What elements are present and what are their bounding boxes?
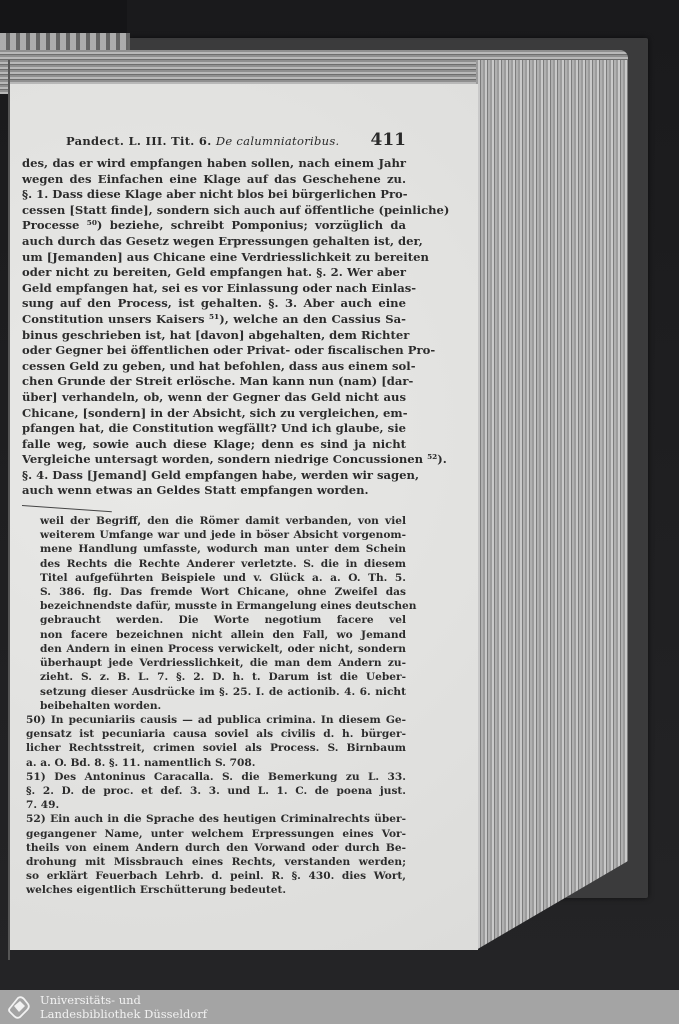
text-line: Constitution unsers Kaisers ⁵¹), welche … bbox=[22, 312, 406, 328]
text-line: des Rechts die Rechte Anderer verletzte.… bbox=[40, 557, 406, 571]
text-line: zieht. S. z. B. L. 7. §. 2. D. h. t. Dar… bbox=[40, 670, 406, 684]
text-line: bezeichnendste dafür, musste in Ermangel… bbox=[40, 599, 406, 613]
text-line: so erklärt Feuerbach Lehrb. d. peinl. R.… bbox=[26, 869, 406, 883]
text-line: §. 1. Dass diese Klage aber nicht blos b… bbox=[22, 187, 406, 203]
text-line: auch durch das Gesetz wegen Erpressungen… bbox=[22, 234, 406, 250]
footnotes: weil der Begriff, den die Römer damit ve… bbox=[22, 514, 406, 897]
text-line: binus geschrieben ist, hat [davon] abgeh… bbox=[22, 328, 406, 344]
text-line: 51) Des Antoninus Caracalla. S. die Beme… bbox=[26, 770, 406, 784]
text-line: setzung dieser Ausdrücke im §. 25. I. de… bbox=[40, 685, 406, 699]
text-line: Titel aufgeführten Beispiele und v. Glüc… bbox=[40, 571, 406, 585]
text-line: um [Jemanden] aus Chicane eine Verdriess… bbox=[22, 250, 406, 266]
running-head-section: Pandect. L. III. Tit. 6. bbox=[66, 134, 212, 148]
text-line: sung auf den Process, ist gehalten. §. 3… bbox=[22, 296, 406, 312]
text-line: wegen des Einfachen eine Klage auf das G… bbox=[22, 172, 406, 188]
text-line: überhaupt jede Verdriesslichkeit, die ma… bbox=[40, 656, 406, 670]
text-line: über] verhandeln, ob, wenn der Gegner da… bbox=[22, 390, 406, 406]
footnote-49-continuation: weil der Begriff, den die Römer damit ve… bbox=[26, 514, 406, 713]
book-fore-edge-pages bbox=[476, 60, 628, 950]
footnote-50: 50) In pecuniariis causis — ad publica c… bbox=[26, 713, 406, 770]
text-line: §. 4. Dass [Jemand] Geld empfangen habe,… bbox=[22, 468, 406, 484]
text-line: des, das er wird empfangen haben sollen,… bbox=[22, 156, 406, 172]
text-line: gebraucht werden. Die Worte negotium fac… bbox=[40, 613, 406, 627]
text-line: den Andern in einen Process verwickelt, … bbox=[40, 642, 406, 656]
text-line: mene Handlung umfasste, wodurch man unte… bbox=[40, 542, 406, 556]
text-line: weiterem Umfange war und jede in böser A… bbox=[40, 528, 406, 542]
text-line: 7. 49. bbox=[26, 798, 406, 812]
footnote-51: 51) Des Antoninus Caracalla. S. die Beme… bbox=[26, 770, 406, 813]
text-line: falle weg, sowie auch diese Klage; denn … bbox=[22, 437, 406, 453]
text-line: a. a. O. Bd. 8. §. 11. namentlich S. 708… bbox=[26, 756, 406, 770]
text-line: theils von einem Andern durch den Vorwan… bbox=[26, 841, 406, 855]
text-line: S. 386. flg. Das fremde Wort Chicane, oh… bbox=[40, 585, 406, 599]
text-line: weil der Begriff, den die Römer damit ve… bbox=[40, 514, 406, 528]
text-line: 50) In pecuniariis causis — ad publica c… bbox=[26, 713, 406, 727]
text-line: Vergleiche untersagt worden, sondern nie… bbox=[22, 452, 406, 468]
library-name-line1: Universitäts- und bbox=[40, 993, 207, 1007]
library-name-line2: Landesbibliothek Düsseldorf bbox=[40, 1007, 207, 1021]
text-line: §. 2. D. de proc. et def. 3. 3. und L. 1… bbox=[26, 784, 406, 798]
ulb-book-logo-icon bbox=[6, 994, 32, 1020]
text-line: auch wenn etwas an Geldes Statt empfange… bbox=[22, 483, 406, 499]
body-text: des, das er wird empfangen haben sollen,… bbox=[22, 156, 406, 499]
text-line: non facere bezeichnen nicht allein den F… bbox=[40, 628, 406, 642]
text-line: Geld empfangen hat, sei es vor Einlassun… bbox=[22, 281, 406, 297]
running-head: Pandect. L. III. Tit. 6. De calumniatori… bbox=[22, 130, 406, 150]
text-line: cessen Geld zu geben, und hat befohlen, … bbox=[22, 359, 406, 375]
text-line: gegangener Name, unter welchem Erpressun… bbox=[26, 827, 406, 841]
text-line: 52) Ein auch in die Sprache des heutigen… bbox=[26, 812, 406, 826]
footnote-divider bbox=[22, 505, 112, 512]
text-line: cessen [Statt finde], sondern sich auch … bbox=[22, 203, 406, 219]
text-line: pfangen hat, die Constitution wegfällt? … bbox=[22, 421, 406, 437]
text-line: chen Grunde der Streit erlösche. Man kan… bbox=[22, 374, 406, 390]
text-line: Chicane, [sondern] in der Absicht, sich … bbox=[22, 406, 406, 422]
page-gutter bbox=[8, 60, 10, 960]
footnote-52: 52) Ein auch in die Sprache des heutigen… bbox=[26, 812, 406, 897]
text-line: beibehalten worden. bbox=[40, 699, 406, 713]
running-head-title: Pandect. L. III. Tit. 6. De calumniatori… bbox=[66, 134, 340, 148]
text-line: welches eigentlich Erschütterung bedeute… bbox=[26, 883, 406, 897]
text-line: licher Rechtsstreit, crimen soviel als P… bbox=[26, 741, 406, 755]
library-name: Universitäts- und Landesbibliothek Düsse… bbox=[40, 993, 207, 1021]
page-content: Pandect. L. III. Tit. 6. De calumniatori… bbox=[22, 130, 406, 898]
library-footer-bar: Universitäts- und Landesbibliothek Düsse… bbox=[0, 990, 679, 1024]
text-line: drohung mit Missbrauch eines Rechts, ver… bbox=[26, 855, 406, 869]
text-line: gensatz ist pecuniaria causa soviel als … bbox=[26, 727, 406, 741]
text-line: Processe ⁵⁰) beziehe, schreibt Pomponius… bbox=[22, 218, 406, 234]
text-line: oder nicht zu bereiten, Geld empfangen h… bbox=[22, 265, 406, 281]
text-line: oder Gegner bei öffentlichen oder Privat… bbox=[22, 343, 406, 359]
page-number: 411 bbox=[371, 130, 407, 150]
running-head-topic: De calumniatoribus. bbox=[216, 134, 340, 148]
